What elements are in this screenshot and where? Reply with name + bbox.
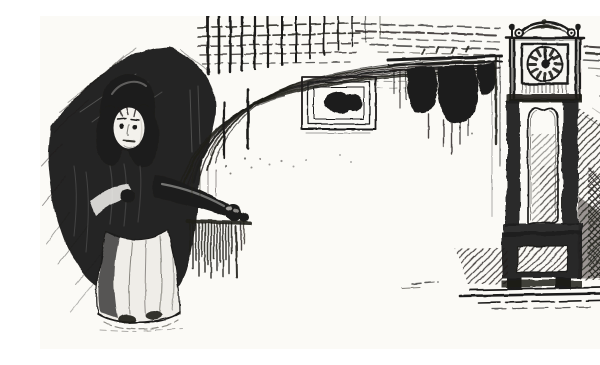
picture-frame: [302, 77, 376, 133]
girl-clasped-hand: [121, 189, 135, 203]
picture-subject: [324, 92, 362, 114]
clock-base: [502, 232, 582, 289]
clock-hand-boss: [541, 60, 549, 68]
clock-face: [528, 47, 562, 81]
hanging-coats: [407, 62, 497, 123]
clock-pediment: [506, 19, 584, 38]
door-interior-hatching: [532, 134, 562, 226]
clock-trunk: [504, 100, 582, 236]
girl-hand-on-post: [225, 205, 250, 222]
illustration-canvas: Pen-and-ink book illustration: a small g…: [40, 16, 600, 349]
stair-balusters: [198, 16, 380, 74]
ink-illustration: ink sketch on paper Pen-and-ink book ill…: [40, 16, 600, 349]
